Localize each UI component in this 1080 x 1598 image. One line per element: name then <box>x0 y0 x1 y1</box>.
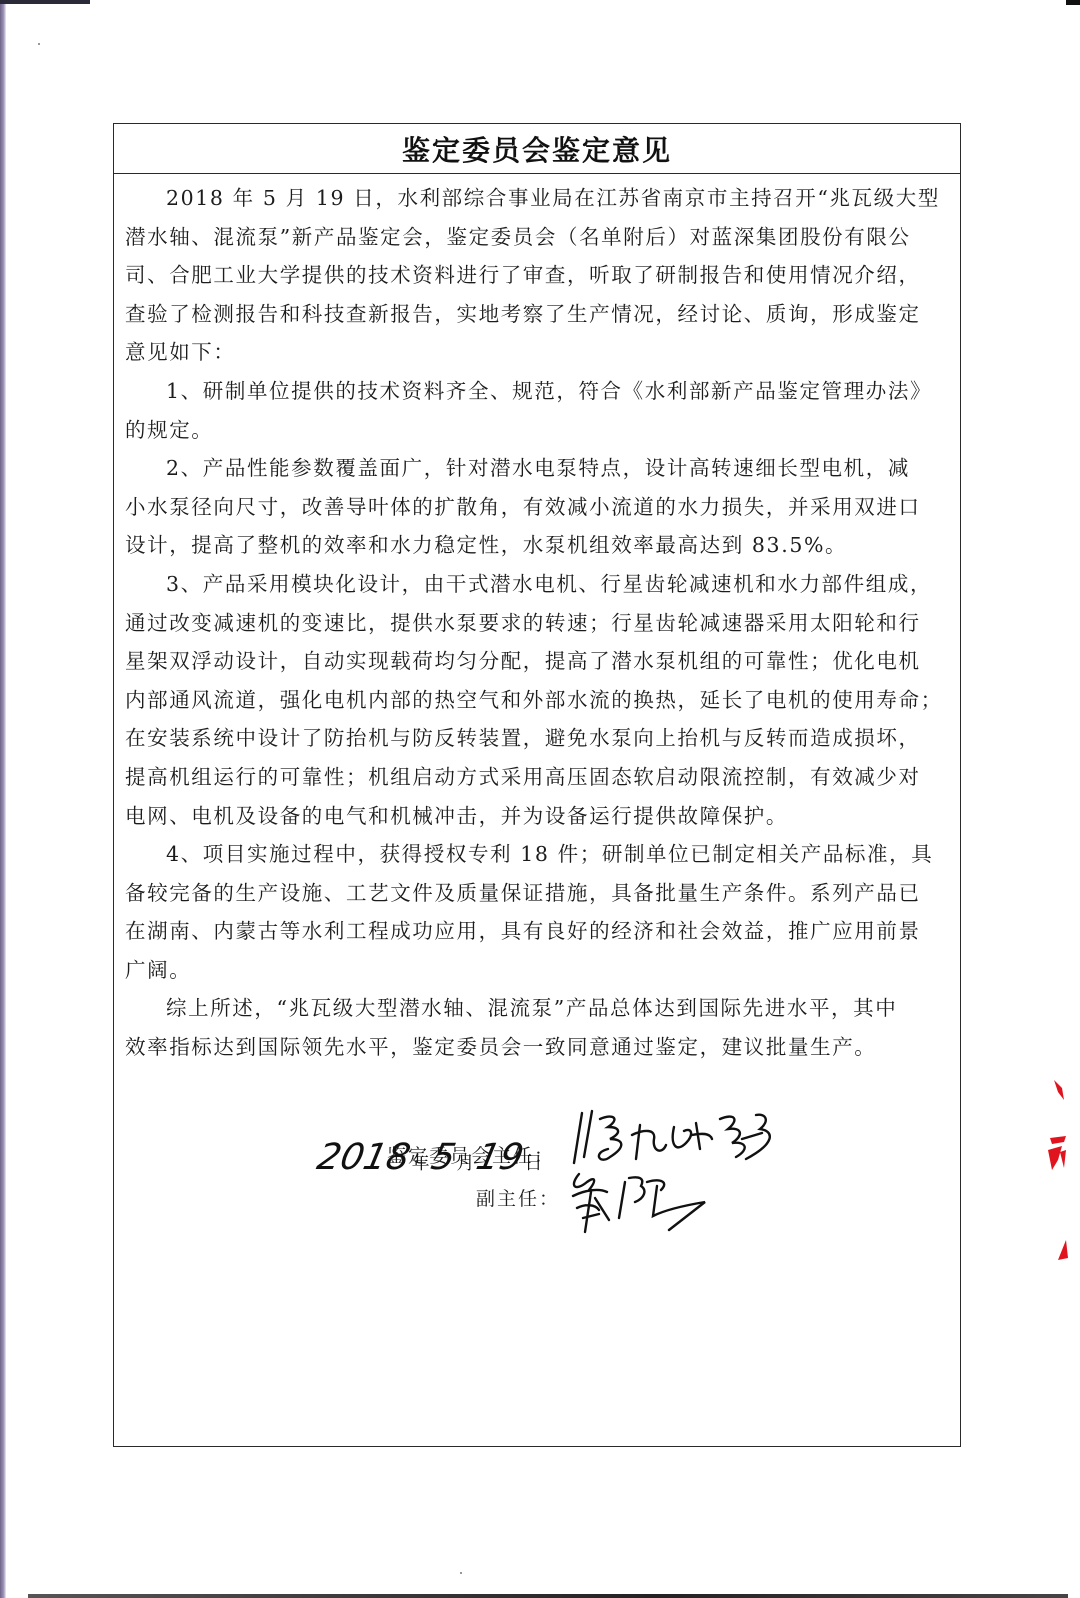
text-line: 设计，提高了整机的效率和水力稳定性，水泵机组效率最高达到 83.5%。 <box>125 526 947 565</box>
text-line: 在安装系统中设计了防抬机与防反转装置，避免水泵向上抬机与反转而造成损坏， <box>125 719 947 758</box>
date-month: 5 <box>427 1137 459 1178</box>
text-line: 星架双浮动设计，自动实现载荷均匀分配，提高了潜水泵机组的可靠性；优化电机 <box>125 642 947 681</box>
date-year: 2018 <box>314 1137 414 1178</box>
date-year-unit: 年 <box>412 1149 430 1175</box>
chair-signature <box>570 1105 790 1175</box>
scan-edge-top <box>0 0 90 4</box>
vice-chair-signature <box>565 1168 735 1238</box>
text-line: 通过改变减速机的变速比，提供水泵要求的转速；行星齿轮减速器采用太阳轮和行 <box>125 604 947 643</box>
text-line: 2018 年 5 月 19 日，水利部综合事业局在江苏省南京市主持召开“兆瓦级大… <box>125 179 947 218</box>
text-line: 效率指标达到国际领先水平，鉴定委员会一致同意通过鉴定，建议批量生产。 <box>125 1028 947 1067</box>
text-line: 综上所述，“兆瓦级大型潜水轴、混流泵”产品总体达到国际先进水平，其中 <box>125 989 947 1028</box>
date-day-unit: 日 <box>524 1149 542 1175</box>
signature-date: 2018 年 5 月 19 日 <box>318 1137 542 1187</box>
text-line: 电网、电机及设备的电气和机械冲击，并为设备运行提供故障保护。 <box>125 797 947 836</box>
text-line: 提高机组运行的可靠性；机组启动方式采用高压固态软启动限流控制，有效减少对 <box>125 758 947 797</box>
date-day: 19 <box>472 1137 527 1178</box>
text-line: 1、研制单位提供的技术资料齐全、规范，符合《水利部新产品鉴定管理办法》 <box>125 372 947 411</box>
text-line: 司、合肥工业大学提供的技术资料进行了审查，听取了研制报告和使用情况介绍， <box>125 256 947 295</box>
opinion-body: 2018 年 5 月 19 日，水利部综合事业局在江苏省南京市主持召开“兆瓦级大… <box>125 179 947 1067</box>
text-line: 备较完备的生产设施、工艺文件及质量保证措施，具备批量生产条件。系列产品已 <box>125 874 947 913</box>
text-line: 2、产品性能参数覆盖面广，针对潜水电泵特点，设计高转速细长型电机，减 <box>125 449 947 488</box>
text-line: 小水泵径向尺寸，改善导叶体的扩散角，有效减小流道的水力损失，并采用双进口 <box>125 488 947 527</box>
red-seal-edge <box>1040 1080 1070 1260</box>
page-title: 鉴定委员会鉴定意见 <box>402 129 672 169</box>
scan-speck <box>460 1572 462 1574</box>
text-line: 的规定。 <box>125 411 947 450</box>
text-line: 查验了检测报告和科技查新报告，实地考察了生产情况，经讨论、质询，形成鉴定 <box>125 295 947 334</box>
scan-edge-bottom <box>28 1594 1068 1598</box>
text-line: 3、产品采用模块化设计，由干式潜水电机、行星齿轮减速机和水力部件组成， <box>125 565 947 604</box>
scan-edge-left <box>0 0 6 1598</box>
text-line: 广阔。 <box>125 951 947 990</box>
date-month-unit: 月 <box>457 1149 475 1175</box>
text-line: 在湖南、内蒙古等水利工程成功应用，具有良好的经济和社会效益，推广应用前景 <box>125 912 947 951</box>
text-line: 潜水轴、混流泵”新产品鉴定会，鉴定委员会（名单附后）对蓝深集团股份有限公 <box>125 218 947 257</box>
scan-edge-top-right <box>1066 0 1080 5</box>
text-line: 意见如下： <box>125 333 947 372</box>
text-line: 4、项目实施过程中，获得授权专利 18 件；研制单位已制定相关产品标准，具 <box>125 835 947 874</box>
scan-speck <box>38 43 40 45</box>
text-line: 内部通风流道，强化电机内部的热空气和外部水流的换热，延长了电机的使用寿命； <box>125 681 947 720</box>
vice-chair-label: 副主任： <box>476 1184 560 1211</box>
title-row: 鉴定委员会鉴定意见 <box>114 124 960 174</box>
opinion-table: 鉴定委员会鉴定意见 2018 年 5 月 19 日，水利部综合事业局在江苏省南京… <box>113 123 961 1447</box>
